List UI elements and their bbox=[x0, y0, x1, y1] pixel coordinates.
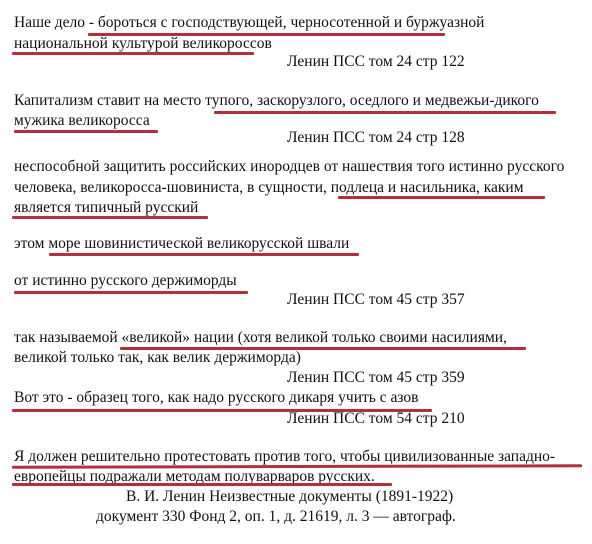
quote-8-source-line-1: В. И. Ленин Неизвестные документы (1891-… bbox=[126, 488, 453, 506]
quote-3-line-1: неспособной защитить российских инородце… bbox=[14, 158, 564, 176]
quote-1-line-2: национальной культурой великороссов bbox=[14, 35, 272, 53]
quote-4-line-1: этом море шовинистической великорусской … bbox=[14, 235, 349, 253]
quote-6-line-1: так называемой «великой» нации (хотя вел… bbox=[14, 329, 507, 347]
quote-6-source: Ленин ПСС том 45 стр 359 bbox=[287, 369, 465, 387]
underline bbox=[12, 52, 254, 55]
underline bbox=[49, 253, 359, 256]
quote-2-line-1: Капитализм ставит на место тупого, заско… bbox=[14, 92, 539, 110]
quote-6-line-2: великой только так, как велик держиморда… bbox=[14, 349, 301, 367]
quote-2-line-2: мужика великоросса bbox=[14, 112, 150, 130]
quote-8-source-line-2: документ 330 Фонд 2, оп. 1, д. 21619, л.… bbox=[96, 508, 456, 526]
underline bbox=[14, 130, 158, 133]
quote-2-source: Ленин ПСС том 24 стр 128 bbox=[287, 129, 465, 147]
underline bbox=[14, 291, 248, 294]
quote-5-source: Ленин ПСС том 45 стр 357 bbox=[287, 291, 465, 309]
quote-1-line-1: Наше дело - бороться с господствующей, ч… bbox=[14, 14, 484, 32]
quote-8-line-1: Я должен решительно протестовать против … bbox=[14, 448, 555, 466]
underline bbox=[12, 216, 208, 219]
underline bbox=[338, 196, 545, 199]
underline bbox=[12, 483, 392, 486]
quote-7-source: Ленин ПСС том 54 стр 210 bbox=[287, 410, 465, 428]
quote-7-line-1: Вот это - образец того, как надо русског… bbox=[14, 389, 418, 407]
underline bbox=[214, 111, 556, 114]
quote-5-line-1: от истинно русского держиморды bbox=[14, 272, 237, 290]
quote-3-line-3: является типичный русский bbox=[14, 199, 198, 217]
quote-3-line-2: человека, великоросса-шовиниста, в сущно… bbox=[14, 179, 524, 197]
quote-1-source: Ленин ПСС том 24 стр 122 bbox=[287, 53, 465, 71]
